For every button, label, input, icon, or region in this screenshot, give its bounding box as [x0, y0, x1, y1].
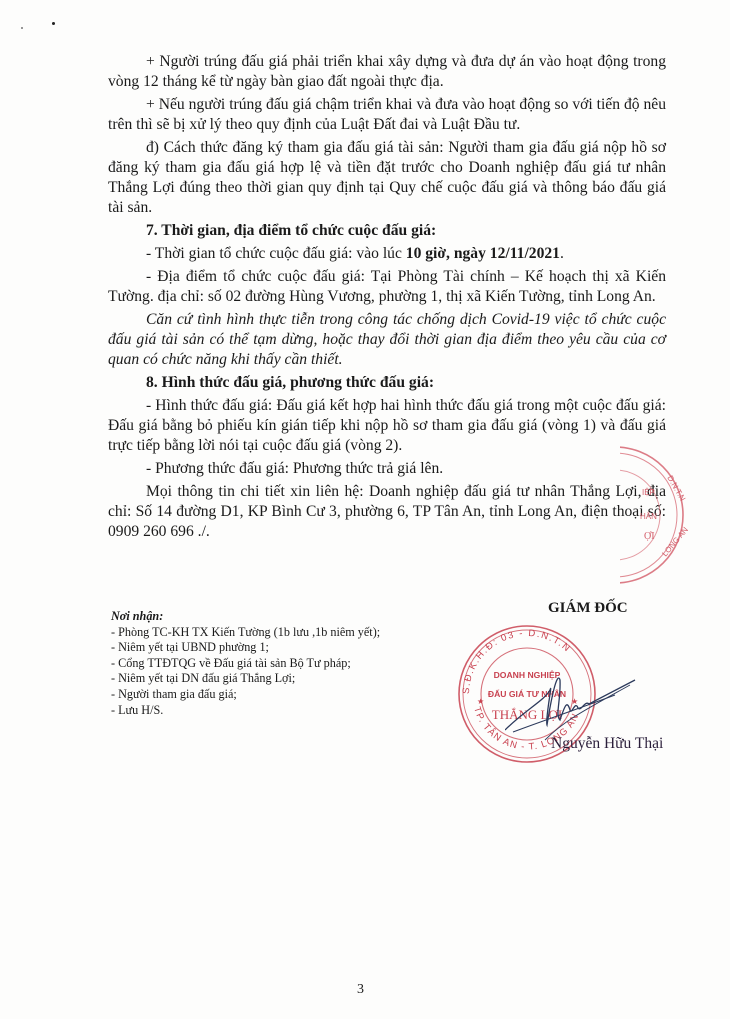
auction-form: - Hình thức đấu giá: Đấu giá kết hợp hai… [108, 396, 666, 456]
recipient-item: - Niêm yết tại UBND phường 1; [111, 640, 431, 656]
recipient-item: - Cổng TTĐTQG về Đấu giá tài sản Bộ Tư p… [111, 656, 431, 672]
recipient-item: - Niêm yết tại DN đấu giá Thắng Lợi; [111, 671, 431, 687]
svg-text:HÂN: HÂN [640, 512, 657, 521]
auction-method: - Phương thức đấu giá: Phương thức trả g… [108, 459, 666, 479]
scan-speck [21, 27, 23, 29]
svg-text:★: ★ [477, 697, 484, 706]
section-7-heading: 7. Thời gian, địa điểm tổ chức cuộc đấu … [108, 221, 666, 241]
svg-text:ỢI: ỢI [644, 531, 655, 542]
recipients-title: Nơi nhận: [111, 609, 431, 625]
signatory-name: Nguyễn Hữu Thại [551, 735, 663, 753]
scan-speck [52, 22, 55, 25]
auction-time-suffix: . [560, 245, 564, 262]
partial-seal-stamp: D.N.T.N LONG AN IỆP HÂN ỢI [620, 445, 730, 585]
document-page: + Người trúng đấu giá phải triển khai xâ… [0, 0, 730, 1019]
recipient-item: - Lưu H/S. [111, 703, 431, 719]
svg-text:D.N.T.N: D.N.T.N [665, 474, 687, 503]
svg-text:IỆP: IỆP [642, 488, 655, 497]
paragraph: đ) Cách thức đăng ký tham gia đấu giá tà… [108, 138, 666, 218]
auction-time: - Thời gian tổ chức cuộc đấu giá: vào lú… [108, 244, 666, 264]
auction-location: - Địa điểm tổ chức cuộc đấu giá: Tại Phò… [108, 267, 666, 307]
covid-note: Căn cứ tình hình thực tiễn trong công tá… [108, 310, 666, 370]
signatory-title: GIÁM ĐỐC [548, 600, 628, 617]
document-body: + Người trúng đấu giá phải triển khai xâ… [108, 52, 666, 545]
page-number: 3 [357, 982, 364, 998]
recipient-item: - Phòng TC-KH TX Kiến Tường (1b lưu ,1b … [111, 625, 431, 641]
recipients-list: Nơi nhận: - Phòng TC-KH TX Kiến Tường (1… [111, 609, 431, 718]
auction-time-value: 10 giờ, ngày 12/11/2021 [406, 245, 560, 262]
paragraph: + Nếu người trúng đấu giá chậm triển kha… [108, 95, 666, 135]
paragraph: + Người trúng đấu giá phải triển khai xâ… [108, 52, 666, 92]
recipient-item: - Người tham gia đấu giá; [111, 687, 431, 703]
section-8-heading: 8. Hình thức đấu giá, phương thức đấu gi… [108, 373, 666, 393]
contact-info: Mọi thông tin chi tiết xin liên hệ: Doan… [108, 482, 666, 542]
auction-time-label: - Thời gian tổ chức cuộc đấu giá: vào lú… [146, 245, 406, 262]
